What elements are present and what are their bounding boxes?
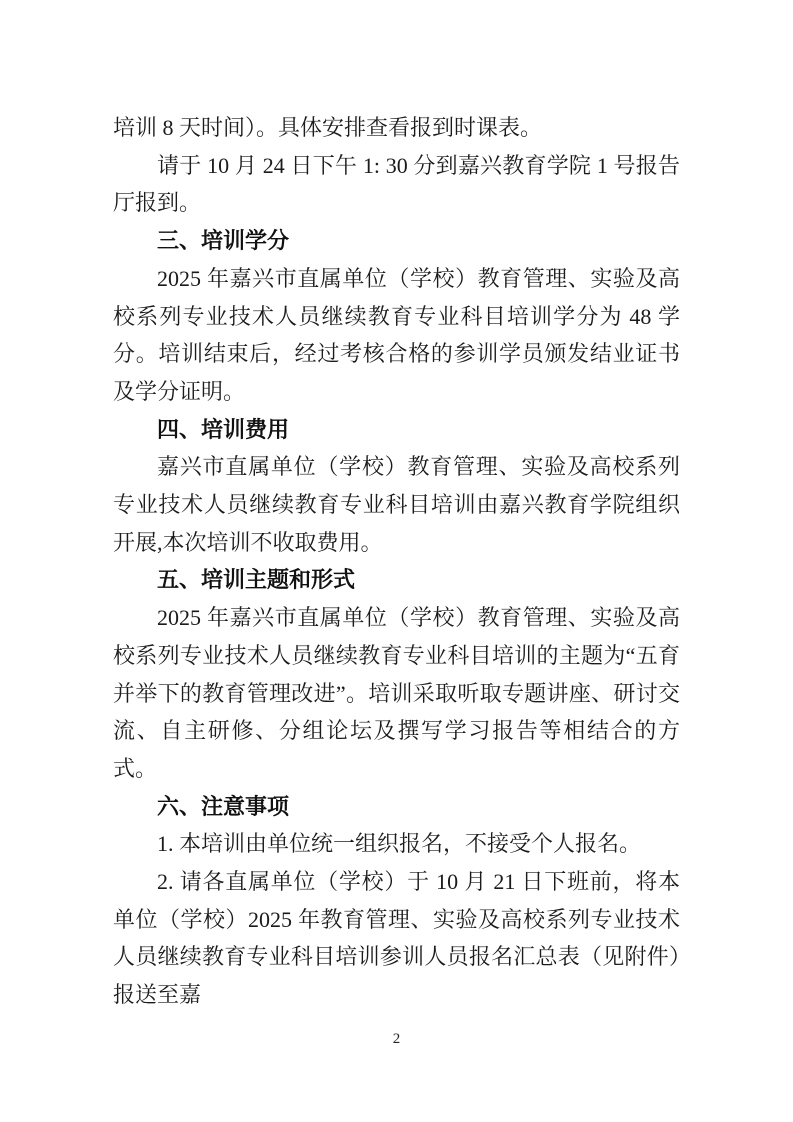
- paragraph-continuation: 培训 8 天时间）。具体安排查看报到时课表。: [113, 109, 680, 147]
- paragraph-training-fees: 嘉兴市直属单位（学校）教育管理、实验及高校系列专业技术人员继续教育专业科目培训由…: [113, 448, 680, 561]
- page-number: 2: [0, 1031, 793, 1048]
- paragraph-report-time: 请于 10 月 24 日下午 1: 30 分到嘉兴教育学院 1 号报告厅报到。: [113, 147, 680, 222]
- document-page: 培训 8 天时间）。具体安排查看报到时课表。 请于 10 月 24 日下午 1:…: [0, 0, 793, 1122]
- section-heading-5-theme-format: 五、培训主题和形式: [113, 561, 680, 599]
- paragraph-note-2: 2. 请各直属单位（学校）于 10 月 21 日下班前，将本单位（学校）2025…: [113, 863, 680, 1014]
- paragraph-note-1: 1. 本培训由单位统一组织报名，不接受个人报名。: [113, 825, 680, 863]
- document-body: 培训 8 天时间）。具体安排查看报到时课表。 请于 10 月 24 日下午 1:…: [113, 109, 680, 1014]
- paragraph-training-credits: 2025 年嘉兴市直属单位（学校）教育管理、实验及高校系列专业技术人员继续教育专…: [113, 260, 680, 411]
- paragraph-theme-format: 2025 年嘉兴市直属单位（学校）教育管理、实验及高校系列专业技术人员继续教育专…: [113, 599, 680, 788]
- section-heading-6-notes: 六、注意事项: [113, 788, 680, 826]
- section-heading-3-training-credits: 三、培训学分: [113, 222, 680, 260]
- section-heading-4-training-fees: 四、培训费用: [113, 411, 680, 449]
